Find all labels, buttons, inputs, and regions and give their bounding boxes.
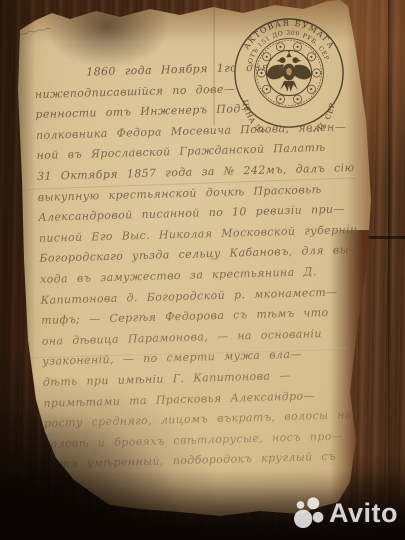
wood-plank-seam-vertical (388, 0, 393, 540)
avito-logo-icon (293, 497, 325, 529)
avito-watermark: Avito (293, 497, 398, 529)
paper-sheet: АКТОВАЯ БУМАГА ОТЪ 151 ДО 300 РУБ. СЕР. … (8, 0, 376, 522)
photo-of-document: АКТОВАЯ БУМАГА ОТЪ 151 ДО 300 РУБ. СЕР. … (0, 0, 405, 540)
handwriting: 1860 года Ноября 1го дня янижеподписавші… (34, 55, 379, 476)
avito-wordmark: Avito (329, 498, 398, 529)
